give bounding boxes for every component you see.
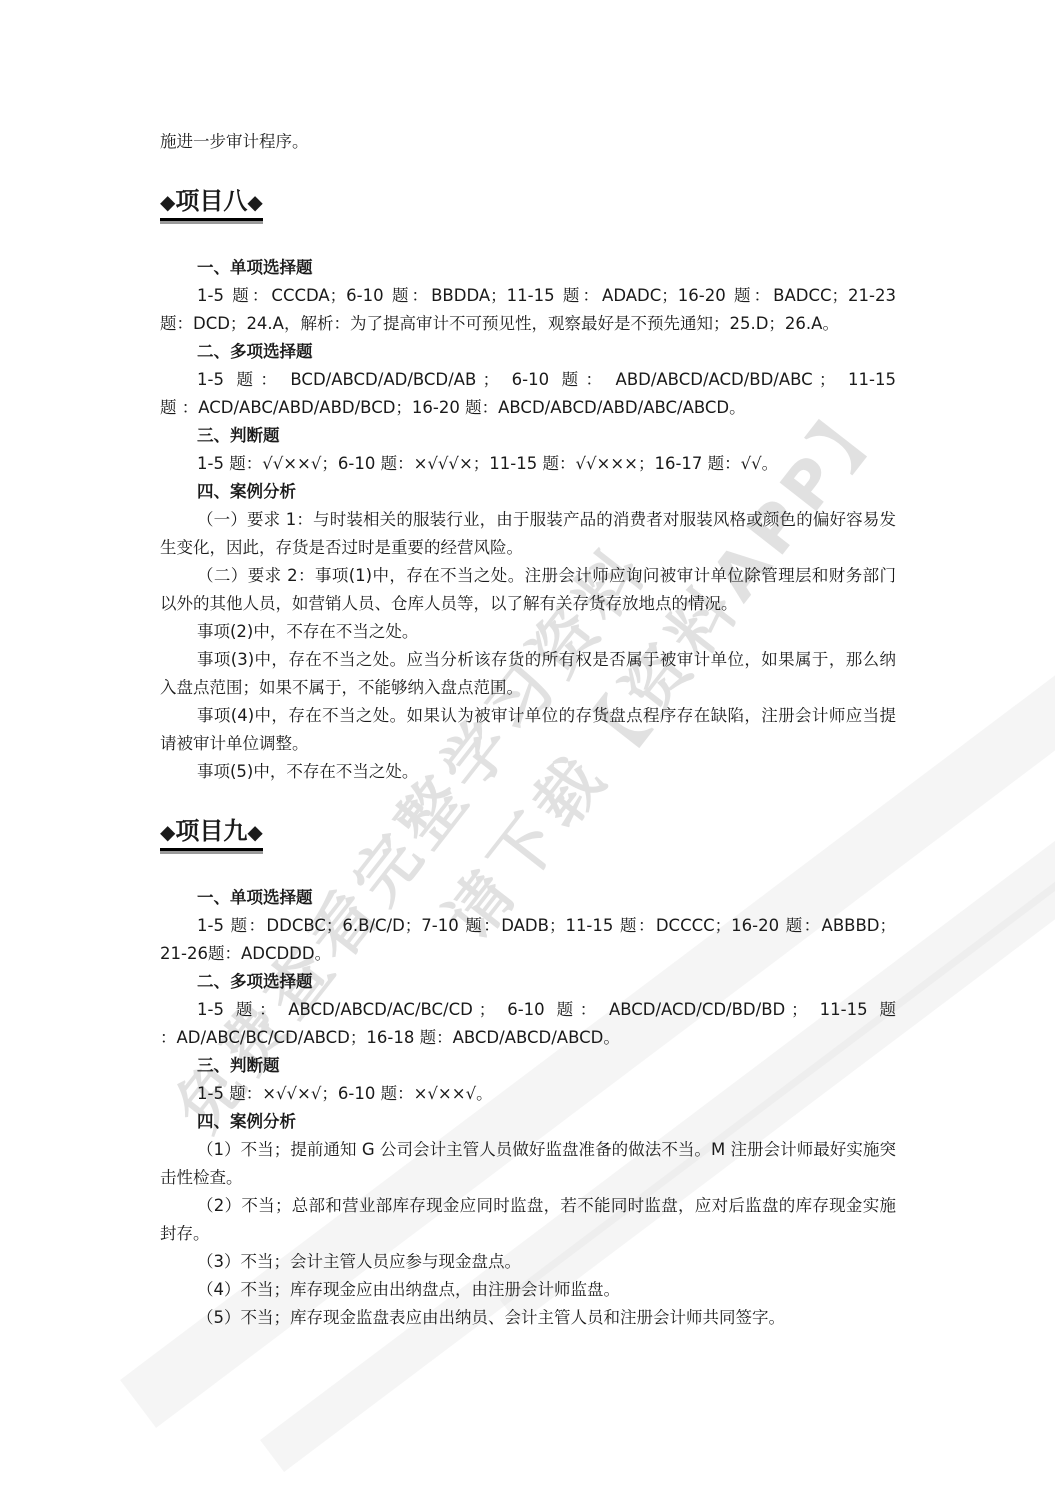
project-8-title: 项目八: [175, 187, 247, 215]
p8-case-paragraph: （一）要求 1：与时装相关的服装行业，由于服装产品的消费者对服装风格或颜色的偏好…: [160, 506, 896, 562]
p9-true-false-heading: 三、判断题: [160, 1052, 896, 1080]
p8-case-paragraph: 事项(2)中，不存在不当之处。: [160, 618, 896, 646]
document-page: 免费查看完整学习资料 请下载【资料APP】 施进一步审计程序。 ◆项目八◆ 一、…: [0, 0, 1055, 1491]
p8-true-false-answers: 1-5 题：√√××√；6-10 题：×√√√×；11-15 题：√√×××；1…: [160, 450, 896, 478]
project-8-heading: ◆项目八◆: [160, 186, 896, 221]
p8-case-paragraph: 事项(3)中，存在不当之处。应当分析该存货的所有权是否属于被审计单位，如果属于，…: [160, 646, 896, 702]
p9-single-choice-heading: 一、单项选择题: [160, 884, 896, 912]
project-8-title-block: ◆项目八◆: [160, 186, 263, 221]
p9-multi-line2: AD/ABC/BC/CD/ABCD；16-18 题：ABCD/ABCD/ABCD…: [177, 1028, 620, 1047]
p9-case-heading: 四、案例分析: [160, 1108, 896, 1136]
project-9-heading: ◆项目九◆: [160, 816, 896, 851]
p8-multi-line2: ACD/ABC/ABD/ABD/BCD；16-20 题：ABCD/ABCD/AB…: [198, 398, 745, 417]
p9-case-paragraph: （5）不当；库存现金监盘表应由出纳员、会计主管人员和注册会计师共同签字。: [160, 1304, 896, 1332]
p8-single-choice-answers: 1-5 题：CCCDA；6-10 题：BBDDA；11-15 题：ADADC；1…: [160, 282, 896, 338]
p9-case-paragraph: （3）不当；会计主管人员应参与现金盘点。: [160, 1248, 896, 1276]
p8-single-line2: 24.A，解析：为了提高审计不可预见性，观察最好是不预先通知；25.D；26.A…: [246, 314, 839, 333]
diamond-icon: ◆: [247, 190, 262, 214]
p8-single-choice-heading: 一、单项选择题: [160, 254, 896, 282]
p9-single-line2: 题：ADCDDD。: [208, 944, 331, 963]
document-body: 施进一步审计程序。 ◆项目八◆ 一、单项选择题 1-5 题：CCCDA；6-10…: [160, 128, 896, 1332]
intro-tail: 施进一步审计程序。: [160, 128, 896, 156]
p8-case-paragraph: 事项(5)中，不存在不当之处。: [160, 758, 896, 786]
p9-multi-choice-answers: 1-5 题 ： ABCD/ABCD/AC/BC/CD ； 6-10 题 ： AB…: [160, 996, 896, 1052]
project-9-title-block: ◆项目九◆: [160, 816, 263, 851]
p8-case-paragraph: 事项(4)中，存在不当之处。如果认为被审计单位的存货盘点程序存在缺陷，注册会计师…: [160, 702, 896, 758]
p8-multi-choice-answers: 1-5 题 ： BCD/ABCD/AD/BCD/AB ； 6-10 题 ： AB…: [160, 366, 896, 422]
diamond-icon: ◆: [160, 820, 175, 844]
project-9-title: 项目九: [175, 817, 247, 845]
diamond-icon: ◆: [160, 190, 175, 214]
p8-case-heading: 四、案例分析: [160, 478, 896, 506]
p9-case-paragraph: （2）不当；总部和营业部库存现金应同时监盘，若不能同时监盘，应对后监盘的库存现金…: [160, 1192, 896, 1248]
p9-single-choice-answers: 1-5 题：DDCBC；6.B/C/D；7-10 题：DADB；11-15 题：…: [160, 912, 896, 968]
diamond-icon: ◆: [247, 820, 262, 844]
p8-true-false-heading: 三、判断题: [160, 422, 896, 450]
p9-multi-choice-heading: 二、多项选择题: [160, 968, 896, 996]
p8-case-paragraph: （二）要求 2：事项(1)中，存在不当之处。注册会计师应询问被审计单位除管理层和…: [160, 562, 896, 618]
p9-case-paragraph: （1）不当；提前通知 G 公司会计主管人员做好监盘准备的做法不当。M 注册会计师…: [160, 1136, 896, 1192]
p9-true-false-answers: 1-5 题：×√√×√；6-10 题：×√××√。: [160, 1080, 896, 1108]
p9-case-paragraph: （4）不当；库存现金应由出纳盘点，由注册会计师监盘。: [160, 1276, 896, 1304]
p8-multi-choice-heading: 二、多项选择题: [160, 338, 896, 366]
